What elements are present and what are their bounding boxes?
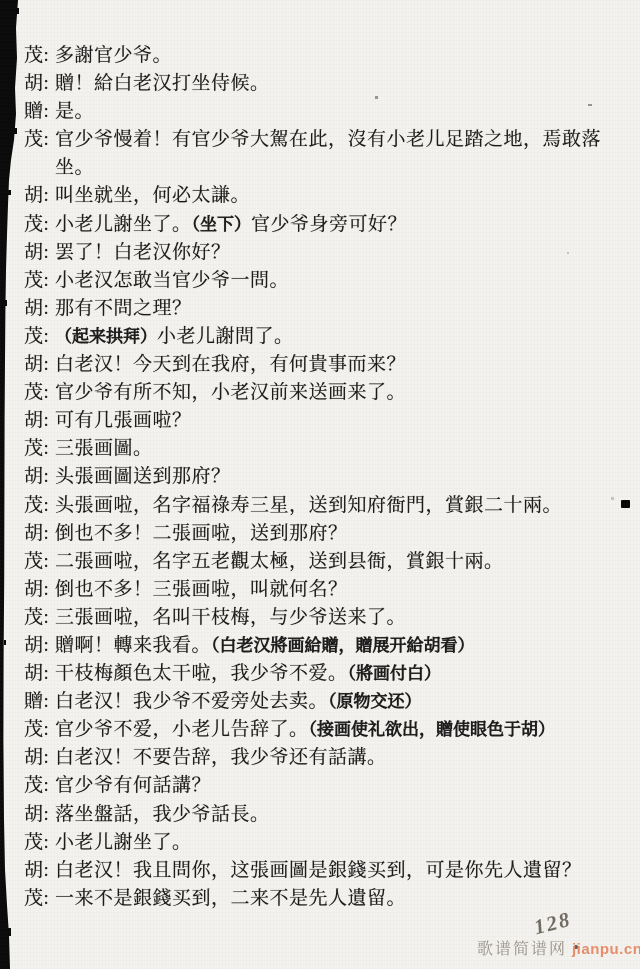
speck: [611, 497, 614, 500]
speaker-label: 茂:: [24, 716, 49, 744]
stage-direction: （白老汉將画給贈，贈展开給胡看）: [211, 636, 475, 655]
dialogue-text: 干枝梅顏色太干啦，我少爷不爱。（將画付白）: [55, 663, 441, 684]
dialogue-line: 茂:三張画圖。: [24, 435, 609, 463]
speaker-label: 茂:: [24, 323, 49, 351]
dialogue-text: 多謝官少爷。: [55, 45, 172, 66]
dialogue-line: 胡:白老汉！我且問你，这張画圖是銀錢买到，可是你先人遺留？: [24, 857, 609, 885]
dialogue-line: 茂:官少爷有所不知，小老汉前来送画来了。: [24, 379, 609, 407]
dialogue-line: 胡:可有几張画啦？: [24, 407, 609, 435]
dialogue-text: 白老汉！我少爷不爱旁处去卖。（原物交还）: [55, 691, 422, 712]
document-page: 茂:多謝官少爷。胡:贈！給白老汉打坐侍候。贈:是。茂:官少爷慢着！有官少爷大駕在…: [0, 0, 640, 969]
speaker-label: 胡:: [24, 351, 49, 379]
dialogue-run: 白老汉！我少爷不爱旁处去卖。: [55, 691, 328, 712]
dialogue-run: 头張画啦，名字福祿寿三星，送到知府衙門，賞銀二十兩。: [55, 495, 562, 516]
dialogue-run: 官少爷不爱，小老儿告辞了。: [55, 719, 309, 740]
speaker-label: 胡:: [24, 182, 49, 210]
dialogue-line: 胡:叫坐就坐，何必太謙。: [24, 182, 609, 210]
dialogue-line: 茂:一来不是銀錢买到，二来不是先人遺留。: [24, 885, 609, 913]
speaker-label: 胡:: [24, 857, 49, 885]
dialogue-text: 头張画啦，名字福祿寿三星，送到知府衙門，賞銀二十兩。: [55, 495, 562, 516]
dialogue-run: 贈！給白老汉打坐侍候。: [55, 73, 270, 94]
speaker-label: 胡:: [24, 407, 49, 435]
dialogue-run: 落坐盤話，我少爷話長。: [55, 804, 270, 825]
stage-direction: （原物交还）: [328, 692, 422, 711]
dialogue-run: 小老汉怎敢当官少爷一問。: [55, 270, 289, 291]
speaker-label: 胡:: [24, 70, 49, 98]
dialogue-text: 落坐盤話，我少爷話長。: [55, 804, 270, 825]
dialogue-run: 官少爷有所不知，小老汉前来送画来了。: [55, 382, 406, 403]
dialogue-run: 白老汉！不要告辞，我少爷还有話講。: [55, 747, 387, 768]
speaker-label: 胡:: [24, 239, 49, 267]
dialogue-text: 小老儿謝坐了。: [55, 832, 192, 853]
speck: [567, 252, 569, 254]
dialogue-text: 叫坐就坐，何必太謙。: [55, 185, 250, 206]
dialogue-run: 那有不問之理？: [55, 298, 192, 319]
dialogue-text: 可有几張画啦？: [55, 410, 192, 431]
dialogue-text: 贈啊！轉来我看。（白老汉將画給贈，贈展开給胡看）: [55, 635, 475, 656]
dialogue-text: 倒也不多！三張画啦，叫就何名？: [55, 579, 348, 600]
dialogue-text: 一来不是銀錢买到，二来不是先人遺留。: [55, 888, 406, 909]
dialogue-run: 三張画圖。: [55, 438, 153, 459]
dialogue-text: 白老汉！我且問你，这張画圖是銀錢买到，可是你先人遺留？: [55, 860, 582, 881]
speaker-label: 胡:: [24, 520, 49, 548]
dialogue-text: 三張画圖。: [55, 438, 153, 459]
dialogue-line: 茂:小老儿謝坐了。（坐下）官少爷身旁可好？: [24, 211, 609, 239]
dialogue-line: 胡:白老汉！今天到在我府，有何貴事而来？: [24, 351, 609, 379]
dialogue-line: 茂:官少爷不爱，小老儿告辞了。（接画使礼欲出，贈使眼色于胡）: [24, 716, 609, 744]
dialogue-text: 是。: [55, 101, 94, 122]
dialogue-run: 官少爷有何話講？: [55, 775, 211, 796]
watermark-domain: jianpu.cn: [572, 941, 640, 958]
dialogue-run: 白老汉！我且問你，这張画圖是銀錢买到，可是你先人遺留？: [55, 860, 582, 881]
dialogue-text: 三張画啦，名叫干枝梅，与少爷送来了。: [55, 607, 406, 628]
dialogue-line: 胡:罢了！白老汉你好？: [24, 239, 609, 267]
dialogue-run: 三張画啦，名叫干枝梅，与少爷送来了。: [55, 607, 406, 628]
dialogue-run: 二張画啦，名字五老觀太極，送到县衙，賞銀十兩。: [55, 551, 504, 572]
dialogue-text: 那有不問之理？: [55, 298, 192, 319]
dialogue-run: 贈啊！轉来我看。: [55, 635, 211, 656]
dialogue-text: 头張画圖送到那府？: [55, 466, 231, 487]
dialogue-run: 小老儿謝坐了。: [55, 832, 192, 853]
speaker-label: 茂:: [24, 267, 49, 295]
dialogue-text: 官少爷有所不知，小老汉前来送画来了。: [55, 382, 406, 403]
speaker-label: 贈:: [24, 98, 49, 126]
dialogue-text: 罢了！白老汉你好？: [55, 242, 231, 263]
dialogue-line: 茂:头張画啦，名字福祿寿三星，送到知府衙門，賞銀二十兩。: [24, 492, 609, 520]
speaker-label: 胡:: [24, 463, 49, 491]
dialogue-run: 叫坐就坐，何必太謙。: [55, 185, 250, 206]
watermark-site-name: 歌谱简谱网: [477, 941, 567, 958]
stage-direction: （將画付白）: [348, 664, 442, 683]
dialogue-run: 多謝官少爷。: [55, 45, 172, 66]
speaker-label: 茂:: [24, 772, 49, 800]
dialogue-line: 胡:贈！給白老汉打坐侍候。: [24, 70, 609, 98]
speaker-label: 胡:: [24, 660, 49, 688]
dialogue-line: 茂:三張画啦，名叫干枝梅，与少爷送来了。: [24, 604, 609, 632]
ink-blot: [621, 500, 630, 508]
speck: [588, 104, 592, 106]
dialogue-line: 胡:落坐盤話，我少爷話長。: [24, 801, 609, 829]
dialogue-run: 罢了！白老汉你好？: [55, 242, 231, 263]
dialogue-text: 倒也不多！二張画啦，送到那府？: [55, 523, 348, 544]
dialogue-line: 胡:倒也不多！三張画啦，叫就何名？: [24, 576, 609, 604]
speaker-label: 茂:: [24, 42, 49, 70]
dialogue-text: 二張画啦，名字五老觀太極，送到县衙，賞銀十兩。: [55, 551, 504, 572]
dialogue-run: 官少爷身旁可好？: [251, 214, 407, 235]
dialogue-run: 官少爷慢着！有官少爷大駕在此，沒有小老儿足踏之地，焉敢落坐。: [55, 129, 601, 178]
speaker-label: 茂:: [24, 829, 49, 857]
dialogue-text: 官少爷不爱，小老儿告辞了。（接画使礼欲出，贈使眼色于胡）: [55, 719, 555, 740]
dialogue-line: 茂:小老儿謝坐了。: [24, 829, 609, 857]
dialogue-line: 茂:小老汉怎敢当官少爷一問。: [24, 267, 609, 295]
dialogue-text: 小老儿謝坐了。（坐下）官少爷身旁可好？: [55, 214, 407, 235]
dialogue-line: 胡:那有不問之理？: [24, 295, 609, 323]
speaker-label: 茂:: [24, 126, 49, 154]
dialogue-run: 一来不是銀錢买到，二来不是先人遺留。: [55, 888, 406, 909]
scan-gutter-artifact: [0, 0, 24, 969]
speaker-label: 茂:: [24, 211, 49, 239]
dialogue: 茂:多謝官少爷。胡:贈！給白老汉打坐侍候。贈:是。茂:官少爷慢着！有官少爷大駕在…: [24, 42, 609, 913]
dialogue-text: 贈！給白老汉打坐侍候。: [55, 73, 270, 94]
dialogue-text: 白老汉！不要告辞，我少爷还有話講。: [55, 747, 387, 768]
dialogue-run: 小老儿謝問了。: [157, 326, 294, 347]
speck: [375, 96, 378, 99]
dialogue-run: 是。: [55, 101, 94, 122]
dialogue-text: 官少爷有何話講？: [55, 775, 211, 796]
speaker-label: 茂:: [24, 885, 49, 913]
dialogue-line: 胡:头張画圖送到那府？: [24, 463, 609, 491]
dialogue-text: 官少爷慢着！有官少爷大駕在此，沒有小老儿足踏之地，焉敢落坐。: [55, 129, 601, 178]
dialogue-line: 贈:白老汉！我少爷不爱旁处去卖。（原物交还）: [24, 688, 609, 716]
site-watermark: 歌谱简谱网jianpu.cn: [477, 936, 640, 959]
dialogue-line: 茂:（起来拱拜）小老儿謝問了。: [24, 323, 609, 351]
stage-direction: （接画使礼欲出，贈使眼色于胡）: [309, 720, 556, 739]
dialogue-line: 茂:官少爷有何話講？: [24, 772, 609, 800]
dialogue-line: 贈:是。: [24, 98, 609, 126]
stage-direction: （起来拱拜）: [55, 327, 157, 346]
dialogue-line: 胡:贈啊！轉来我看。（白老汉將画給贈，贈展开給胡看）: [24, 632, 609, 660]
speaker-label: 茂:: [24, 379, 49, 407]
speaker-label: 贈:: [24, 688, 49, 716]
dialogue-text: 小老汉怎敢当官少爷一問。: [55, 270, 289, 291]
dialogue-line: 胡:倒也不多！二張画啦，送到那府？: [24, 520, 609, 548]
dialogue-run: 干枝梅顏色太干啦，我少爷不爱。: [55, 663, 348, 684]
dialogue-line: 茂:多謝官少爷。: [24, 42, 609, 70]
dialogue-line: 胡:白老汉！不要告辞，我少爷还有話講。: [24, 744, 609, 772]
dialogue-run: 倒也不多！三張画啦，叫就何名？: [55, 579, 348, 600]
dialogue-run: 白老汉！今天到在我府，有何貴事而来？: [55, 354, 406, 375]
speaker-label: 茂:: [24, 604, 49, 632]
speaker-label: 茂:: [24, 492, 49, 520]
speaker-label: 茂:: [24, 548, 49, 576]
speaker-label: 胡:: [24, 295, 49, 323]
speaker-label: 茂:: [24, 435, 49, 463]
dialogue-run: 小老儿謝坐了。: [55, 214, 192, 235]
dialogue-text: （起来拱拜）小老儿謝問了。: [55, 326, 294, 347]
dialogue-line: 茂:二張画啦，名字五老觀太極，送到县衙，賞銀十兩。: [24, 548, 609, 576]
speaker-label: 胡:: [24, 744, 49, 772]
dialogue-line: 胡:干枝梅顏色太干啦，我少爷不爱。（將画付白）: [24, 660, 609, 688]
speaker-label: 胡:: [24, 801, 49, 829]
dialogue-line: 茂:官少爷慢着！有官少爷大駕在此，沒有小老儿足踏之地，焉敢落坐。: [24, 126, 609, 182]
dialogue-run: 可有几張画啦？: [55, 410, 192, 431]
dialogue-run: 头張画圖送到那府？: [55, 466, 231, 487]
stage-direction: （坐下）: [192, 215, 252, 234]
dialogue-text: 白老汉！今天到在我府，有何貴事而来？: [55, 354, 406, 375]
speaker-label: 胡:: [24, 576, 49, 604]
dialogue-run: 倒也不多！二張画啦，送到那府？: [55, 523, 348, 544]
speaker-label: 胡:: [24, 632, 49, 660]
